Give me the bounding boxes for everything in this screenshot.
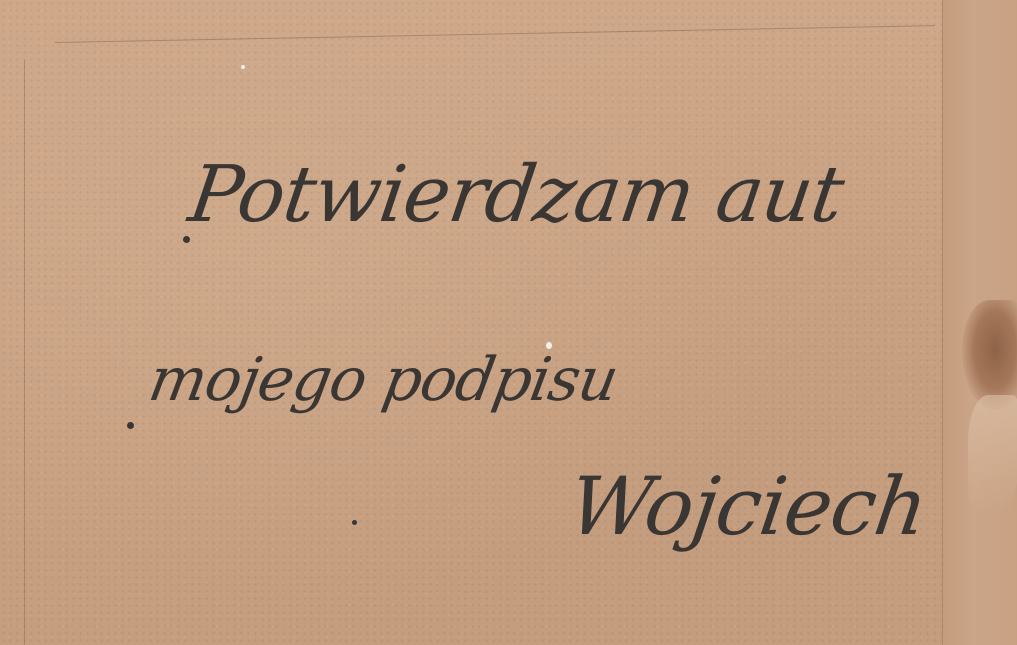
paper-speck [241, 65, 245, 69]
signature: Wojciech [563, 460, 932, 553]
ink-dot [352, 520, 357, 525]
handwritten-line-2: mojego podpisu [144, 345, 623, 415]
ruled-border-left [24, 60, 25, 645]
paper-sheet: Potwierdzam aut mojego podpisu Wojciech [0, 0, 942, 645]
torn-edge [968, 395, 1017, 515]
handwritten-line-1: Potwierdzam aut [184, 150, 849, 240]
ink-dot [127, 422, 134, 429]
